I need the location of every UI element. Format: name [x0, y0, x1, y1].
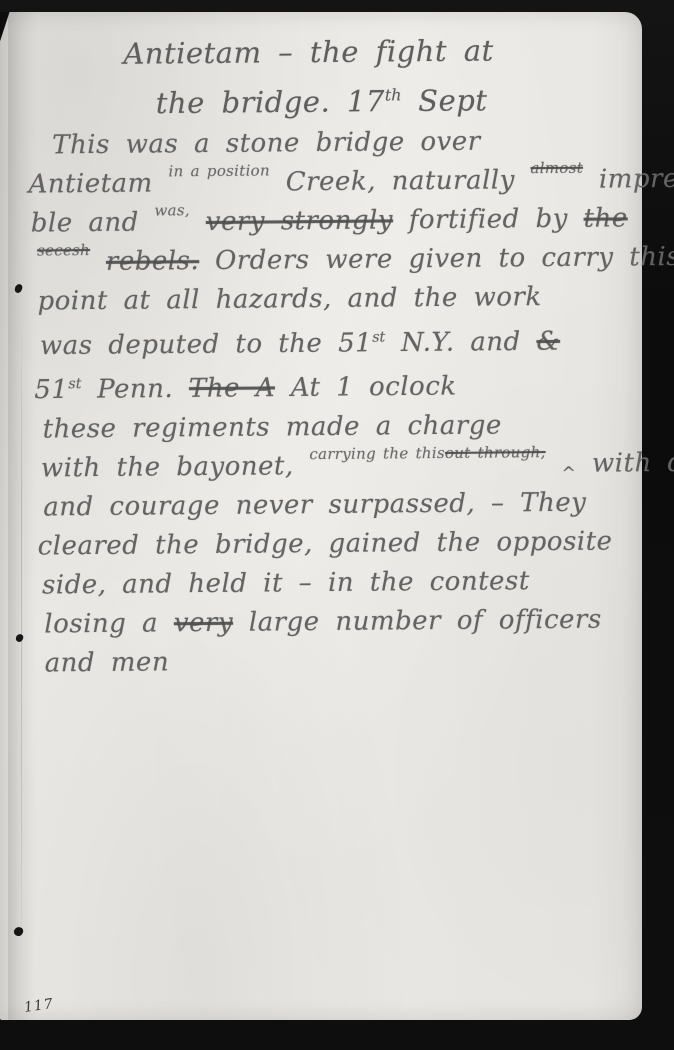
handwritten-text: losing a	[44, 608, 174, 639]
handwritten-text: This was a stone bridge over	[52, 126, 481, 160]
handwritten-text: with determination	[576, 446, 674, 478]
handwritten-text: and men	[45, 647, 170, 678]
handwritten-text	[90, 247, 106, 277]
manuscript-line: 51st Penn. The A At 1 oclock	[34, 361, 616, 411]
handwritten-text: cleared the bridge, gained the opposite	[38, 526, 613, 561]
inserted-text: in a position	[168, 170, 269, 171]
handwritten-text: ble and	[31, 207, 155, 238]
page-number: 117	[23, 996, 55, 1016]
manuscript-line: side, and held it – in the contest	[42, 561, 618, 605]
struck-out-text: The A	[189, 373, 275, 404]
handwritten-text: 51	[338, 328, 372, 358]
manuscript-line: point at all hazards, and the work	[37, 277, 615, 321]
manuscript-line: with the bayonet, carrying the this out …	[41, 444, 617, 488]
page-corner-shadow	[0, 12, 16, 64]
struck-out-text: very	[174, 608, 233, 639]
struck-out-text: very strongly	[206, 205, 393, 237]
inserted-text: carrying the this	[309, 453, 445, 454]
struck-out-text: &	[536, 326, 560, 356]
handwritten-text: the bridge.	[156, 84, 347, 120]
binding-crease-line	[21, 312, 22, 972]
manuscript-text: Antietam – the fight atthe bridge. 17th …	[27, 27, 619, 683]
handwritten-text: Antietam	[28, 168, 168, 199]
handwritten-text: Orders were given to carry this	[199, 242, 674, 276]
handwritten-text: At 1 oclock	[275, 372, 457, 404]
inserted-struck-text: out through,	[445, 452, 546, 453]
manuscript-line: was deputed to the 51st N.Y. and &	[40, 316, 616, 366]
handwritten-text: impregna-	[583, 163, 674, 194]
manuscript-line: losing a very large number of officers	[44, 600, 618, 644]
manuscript-page: Antietam – the fight atthe bridge. 17th …	[0, 12, 642, 1020]
handwritten-text: Sept	[401, 83, 487, 118]
superscript-text: st	[68, 376, 81, 392]
handwritten-text: Creek, naturally	[270, 165, 531, 197]
handwritten-text: N.Y. and	[385, 326, 536, 357]
binding-stitch-dot	[14, 283, 24, 294]
binding-stitch-dot	[13, 926, 25, 938]
manuscript-line: Antietam in a position Creek, naturally …	[28, 160, 614, 204]
handwritten-text: 17	[347, 84, 385, 118]
struck-out-text: rebels.	[106, 246, 200, 277]
handwritten-text: these regiments made a charge	[43, 410, 502, 444]
handwritten-text: fortified by	[393, 203, 584, 235]
superscript-text: th	[385, 85, 402, 104]
manuscript-line: and men	[45, 639, 619, 683]
handwritten-text: side, and held it – in the contest	[42, 566, 530, 600]
handwritten-text: Antietam – the fight at	[123, 33, 494, 70]
handwritten-text: and courage never surpassed, – They	[43, 488, 586, 523]
manuscript-line: cleared the bridge, gained the opposite	[37, 522, 617, 566]
binding-stitch-dot	[15, 633, 24, 643]
handwritten-text: Penn.	[81, 374, 189, 405]
handwritten-text	[546, 449, 562, 479]
scanned-document-background: Antietam – the fight atthe bridge. 17th …	[0, 0, 674, 1050]
manuscript-line: and courage never surpassed, – They	[43, 483, 617, 527]
handwritten-text	[190, 207, 206, 237]
handwritten-text: was deputed to the	[40, 328, 339, 361]
superscript-text: st	[372, 329, 385, 345]
handwritten-text: with the bayonet,	[41, 451, 310, 483]
handwritten-text: point at all hazards, and the work	[37, 282, 541, 316]
handwritten-text: large number of officers	[233, 605, 602, 638]
manuscript-line: Antietam – the fight at	[123, 27, 613, 75]
manuscript-line: the bridge. 17th Sept	[156, 71, 614, 125]
manuscript-line: secesh rebels. Orders were given to carr…	[37, 238, 615, 282]
manuscript-line: ble and was, very strongly fortified by …	[31, 199, 615, 243]
struck-out-text: the	[583, 203, 627, 233]
handwritten-text: 51	[34, 375, 68, 405]
